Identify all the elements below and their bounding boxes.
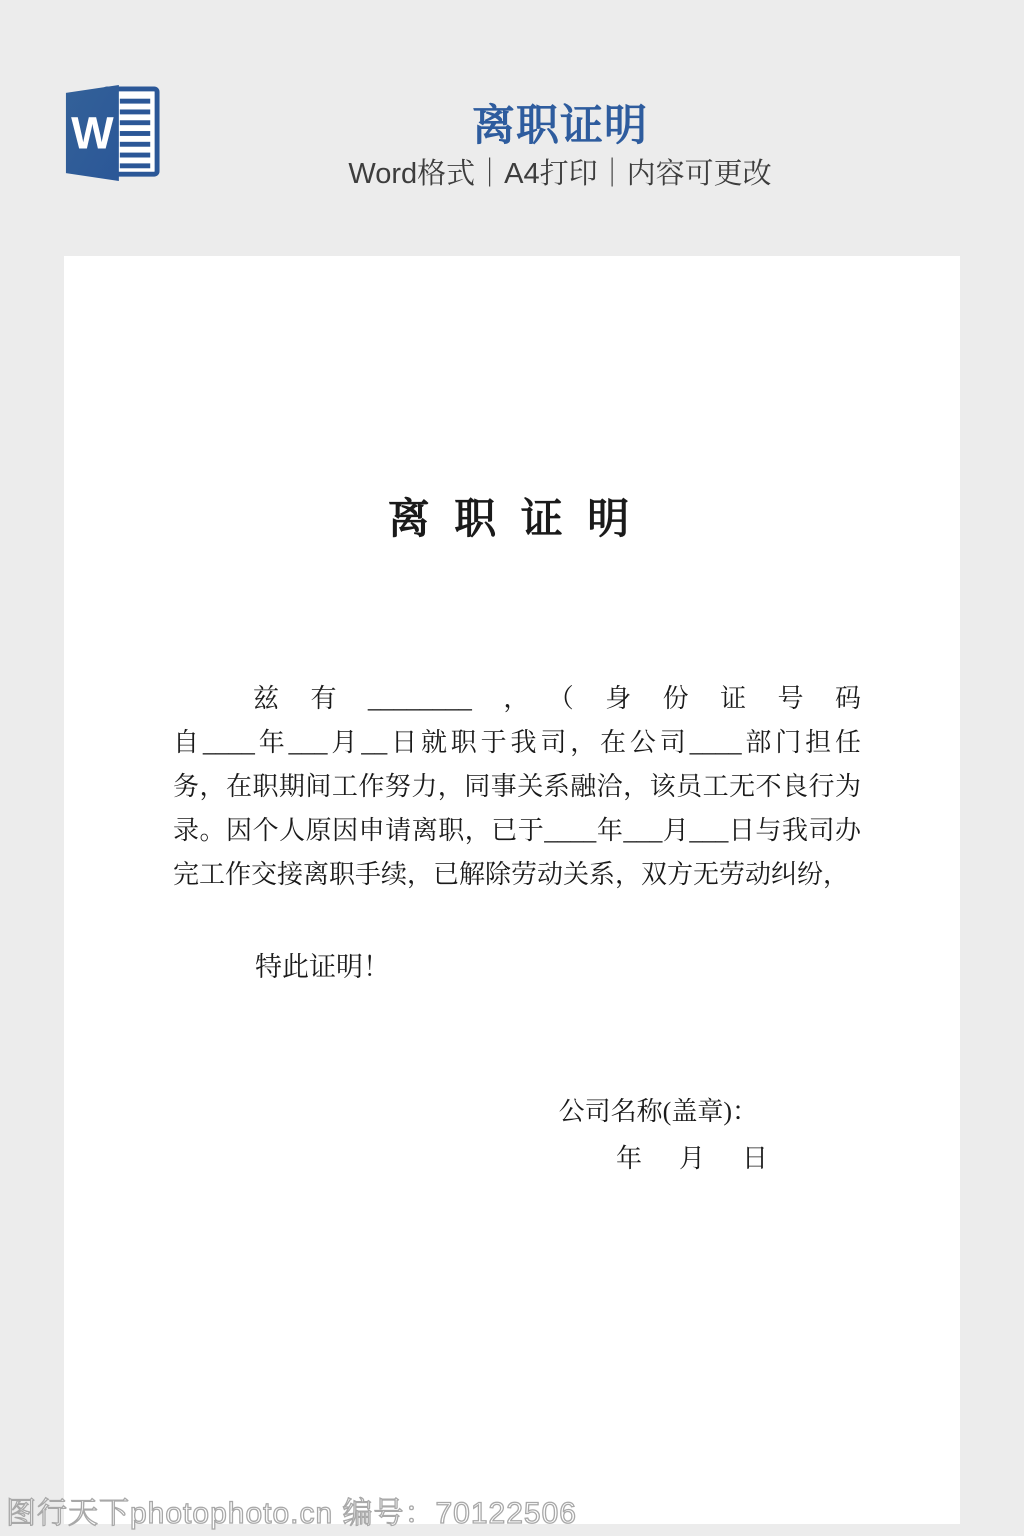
paragraph-line: 录。因个人原因申请离职，已于____年___月___日与我司办理 <box>173 809 861 853</box>
document-page: 离 职 证 明 兹有________，（身份证号码_______________… <box>64 256 960 1524</box>
date-year-label: 年 <box>616 1143 642 1175</box>
paragraph-line: 完工作交接离职手续，已解除劳动关系，双方无劳动纠纷， <box>173 853 861 897</box>
template-preview-screen: W 离职证明 Word格式｜A4打印｜内容可更改 离 职 证 明 兹有_____… <box>0 0 1024 1536</box>
date-line: 年 月 日 <box>616 1143 768 1175</box>
document-paragraph: 兹有________，（身份证号码______________________，… <box>173 677 861 897</box>
document-title: 离 职 证 明 <box>64 486 960 546</box>
paragraph-line: 务，在职期间工作努力，同事关系融洽，该员工无不良行为记 <box>173 765 861 809</box>
site-watermark: 图行天下photophoto.cn 编号：70122506 <box>6 1488 577 1532</box>
date-day-label: 日 <box>742 1143 768 1175</box>
paragraph-line: 自____年___月__日就职于我司，在公司____部门担任______职 <box>173 721 861 765</box>
template-title: 离职证明 <box>96 92 1024 153</box>
certify-statement: 特此证明！ <box>255 950 390 984</box>
template-subtitle: Word格式｜A4打印｜内容可更改 <box>96 151 1024 192</box>
paragraph-line: 兹有________，（身份证号码______________________，… <box>173 677 861 721</box>
company-seal-label: 公司名称(盖章)： <box>559 1096 758 1128</box>
date-month-label: 月 <box>679 1143 705 1175</box>
